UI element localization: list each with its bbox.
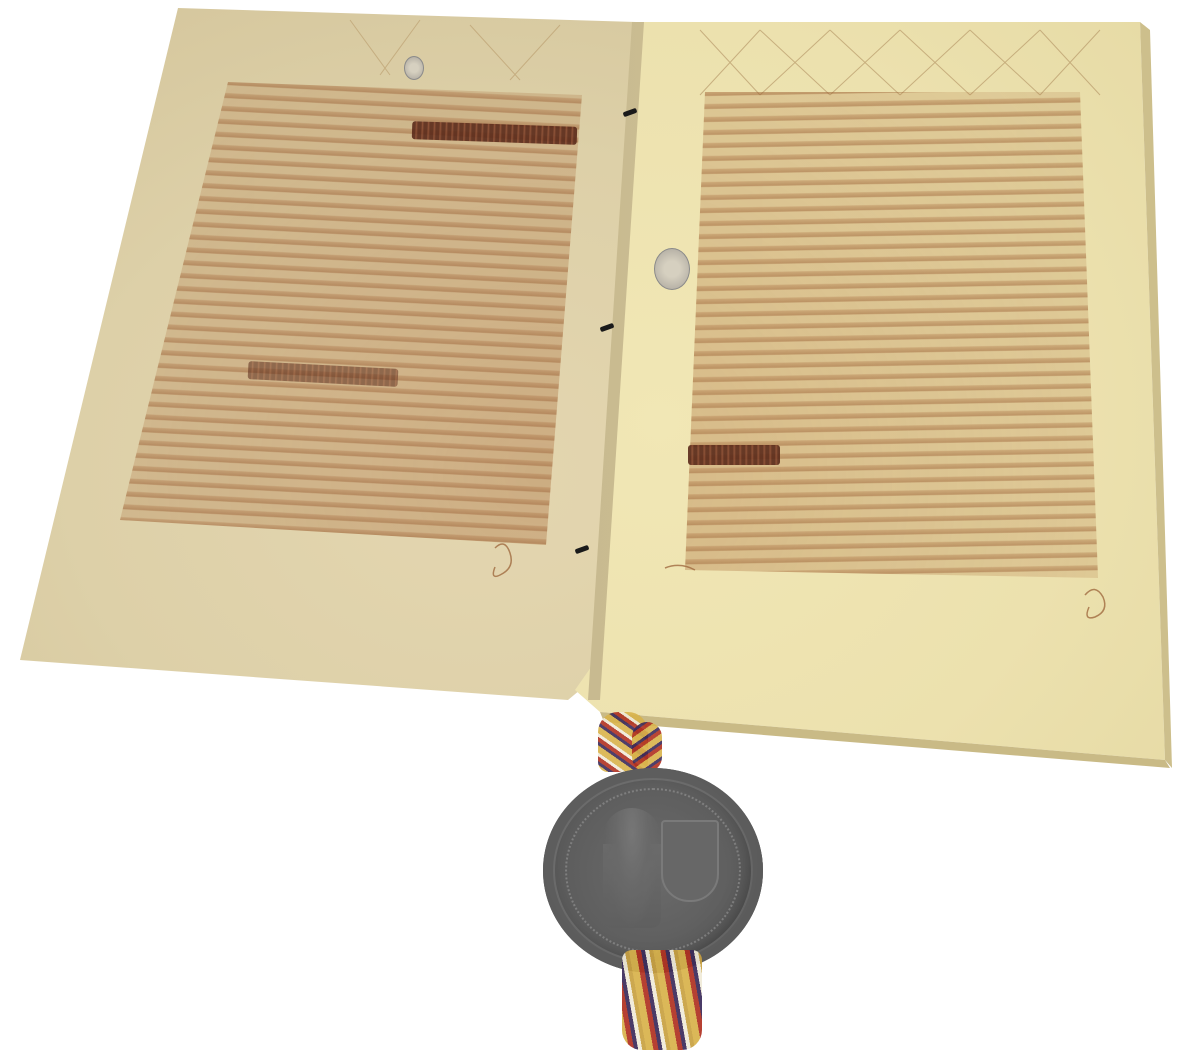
seal-cord-tassel xyxy=(622,950,702,1050)
manuscript-photo: Open bound manuscript charter with penda… xyxy=(0,0,1200,1054)
archive-stamp xyxy=(404,56,424,80)
rubric-heading xyxy=(688,445,780,465)
lead-seal xyxy=(543,768,763,973)
seal-cord-loop xyxy=(632,722,662,772)
seal-heraldic-shield xyxy=(661,820,719,902)
archive-stamp xyxy=(654,248,690,290)
seal-seated-figure xyxy=(603,808,661,928)
